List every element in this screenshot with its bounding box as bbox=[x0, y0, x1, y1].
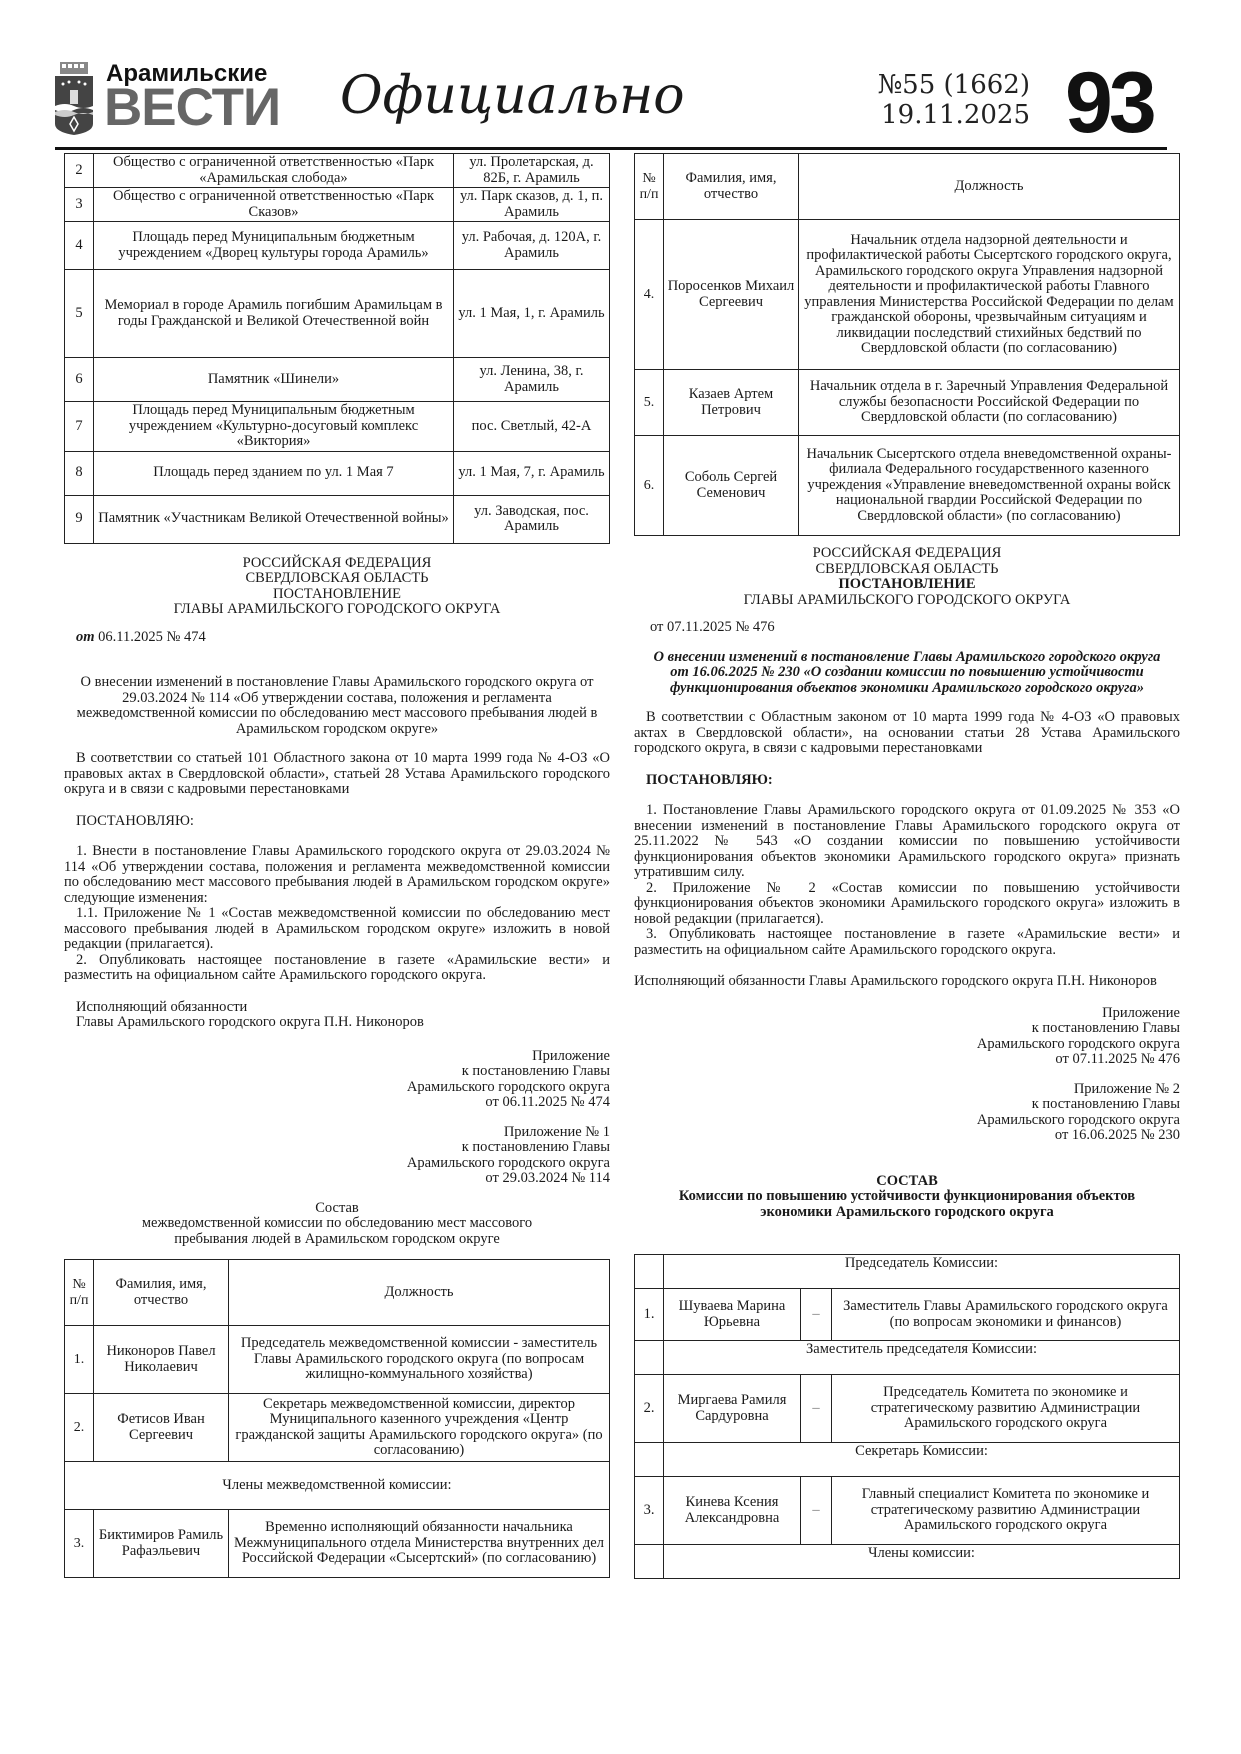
table-row: 3Общество с ограниченной ответственность… bbox=[65, 188, 610, 222]
heading-region: СВЕРДЛОВСКАЯ ОБЛАСТЬ bbox=[634, 562, 1180, 578]
row-number: 8 bbox=[65, 451, 94, 495]
table-row: Члены комиссии: bbox=[635, 1545, 1180, 1579]
brand-name-main: ВЕСТИ bbox=[104, 80, 280, 136]
person-position: Начальник отдела надзорной деятельности … bbox=[799, 220, 1180, 370]
decree-476-title: О внесении изменений в постановление Гла… bbox=[634, 650, 1180, 697]
masthead: Арамильские ВЕСТИ Официально №55 (1662) … bbox=[0, 0, 1241, 150]
appendix-line: к постановлению Главы bbox=[64, 1064, 610, 1080]
row-number: 2. bbox=[65, 1394, 94, 1462]
row-number: 3 bbox=[65, 188, 94, 222]
appendix-474-note: Приложениек постановлению ГлавыАрамильск… bbox=[64, 1049, 610, 1111]
table-row: 3.Биктимиров Рамиль РафаэльевичВременно … bbox=[65, 1510, 610, 1578]
appendix-line: от 06.11.2025 № 474 bbox=[64, 1095, 610, 1111]
row-number: 4 bbox=[65, 222, 94, 270]
composition-474-heading: Состав межведомственной комиссии по обсл… bbox=[64, 1201, 610, 1248]
row-number: 1. bbox=[65, 1326, 94, 1394]
dash-separator: – bbox=[801, 1477, 832, 1545]
row-number: 6. bbox=[635, 436, 664, 536]
table-row: Члены межведомственной комиссии: bbox=[65, 1462, 610, 1510]
person-name: Кинева Ксения Александровна bbox=[664, 1477, 801, 1545]
composition-table: Председатель Комиссии:1.Шуваева Марина Ю… bbox=[634, 1254, 1180, 1579]
decree-476-resolve: ПОСТАНОВЛЯЮ: bbox=[634, 773, 1180, 789]
person-position: Временно исполняющий обязанности начальн… bbox=[229, 1510, 610, 1578]
decree-476-item-1: 1. Постановление Главы Арамильского горо… bbox=[634, 803, 1180, 881]
person-position: Секретарь межведомственной комиссии, дир… bbox=[229, 1394, 610, 1462]
decree-474-title: О внесении изменений в постановление Гла… bbox=[64, 675, 610, 737]
person-name: Казаев Артем Петрович bbox=[664, 370, 799, 436]
person-position: Главный специалист Комитета по экономике… bbox=[832, 1477, 1180, 1545]
heading-doc-type: ПОСТАНОВЛЕНИЕ bbox=[64, 587, 610, 603]
role-label: Заместитель председателя Комиссии: bbox=[664, 1341, 1180, 1375]
person-position: Заместитель Главы Арамильского городског… bbox=[832, 1289, 1180, 1341]
table-row: 2.Миргаева Рамиля Сардуровна–Председател… bbox=[635, 1375, 1180, 1443]
header-number: № п/п bbox=[635, 154, 664, 220]
person-name: Фетисов Иван Сергеевич bbox=[94, 1394, 229, 1462]
decree-474-date: от 06.11.2025 № 474 bbox=[64, 630, 610, 646]
composition-476-heading: СОСТАВ Комиссии по повышению устойчивост… bbox=[634, 1174, 1180, 1221]
row-number: 2 bbox=[65, 154, 94, 188]
left-column: 2Общество с ограниченной ответственность… bbox=[64, 153, 610, 1578]
table-row: 4.Поросенков Михаил СергеевичНачальник о… bbox=[635, 220, 1180, 370]
composition-title: СОСТАВ bbox=[634, 1174, 1180, 1190]
person-position: Начальник отдела в г. Заречный Управлени… bbox=[799, 370, 1180, 436]
row-number-empty bbox=[635, 1443, 664, 1477]
place-name: Площадь перед Муниципальным бюджетным уч… bbox=[94, 402, 454, 452]
row-number: 2. bbox=[635, 1375, 664, 1443]
role-label: Секретарь Комиссии: bbox=[664, 1443, 1180, 1477]
person-name: Миргаева Рамиля Сардуровна bbox=[664, 1375, 801, 1443]
role-label: Председатель Комиссии: bbox=[664, 1255, 1180, 1289]
composition-title: Состав bbox=[64, 1201, 610, 1217]
right-column: № п/пФамилия, имя, отчествоДолжность4.По… bbox=[634, 153, 1180, 1579]
appendix-line: от 16.06.2025 № 230 bbox=[634, 1128, 1180, 1144]
place-address: пос. Светлый, 42-А bbox=[454, 402, 610, 452]
header-name: Фамилия, имя, отчество bbox=[94, 1260, 229, 1326]
place-address: ул. 1 Мая, 7, г. Арамиль bbox=[454, 451, 610, 495]
commission-table-continued: № п/пФамилия, имя, отчествоДолжность4.По… bbox=[634, 153, 1180, 536]
table-row: Председатель Комиссии: bbox=[635, 1255, 1180, 1289]
decree-476-item-3: 3. Опубликовать настоящее постановление … bbox=[634, 927, 1180, 958]
row-number: 3. bbox=[635, 1477, 664, 1545]
table-row: 9Памятник «Участникам Великой Отечествен… bbox=[65, 495, 610, 543]
members-label: Члены межведомственной комиссии: bbox=[65, 1462, 610, 1510]
row-number: 3. bbox=[65, 1510, 94, 1578]
decree-474-heading: РОССИЙСКАЯ ФЕДЕРАЦИЯ СВЕРДЛОВСКАЯ ОБЛАСТ… bbox=[64, 556, 610, 618]
table-row: 1.Никоноров Павел НиколаевичПредседатель… bbox=[65, 1326, 610, 1394]
heading-country: РОССИЙСКАЯ ФЕДЕРАЦИЯ bbox=[64, 556, 610, 572]
appendix-230-note: Приложение № 2к постановлению ГлавыАрами… bbox=[634, 1082, 1180, 1144]
heading-doc-type: ПОСТАНОВЛЕНИЕ bbox=[634, 577, 1180, 593]
person-name: Поросенков Михаил Сергеевич bbox=[664, 220, 799, 370]
dash-separator: – bbox=[801, 1375, 832, 1443]
person-position: Председатель Комитета по экономике и стр… bbox=[832, 1375, 1180, 1443]
table-row: № п/пФамилия, имя, отчествоДолжность bbox=[65, 1260, 610, 1326]
place-address: ул. Ленина, 38, г. Арамиль bbox=[454, 358, 610, 402]
appendix-line: от 29.03.2024 № 114 bbox=[64, 1171, 610, 1187]
appendix-line: Арамильского городского округа bbox=[64, 1156, 610, 1172]
place-address: ул. Рабочая, д. 120А, г. Арамиль bbox=[454, 222, 610, 270]
appendix-476-note: Приложениек постановлению ГлавыАрамильск… bbox=[634, 1006, 1180, 1068]
table-row: 2Общество с ограниченной ответственность… bbox=[65, 154, 610, 188]
role-label: Члены комиссии: bbox=[664, 1545, 1180, 1579]
header-position: Должность bbox=[229, 1260, 610, 1326]
appendix-line: Приложение bbox=[64, 1049, 610, 1065]
commission-table: № п/пФамилия, имя, отчествоДолжность1.Ни… bbox=[64, 1259, 610, 1578]
table-row: 6.Соболь Сергей СеменовичНачальник Сысер… bbox=[635, 436, 1180, 536]
appendix-line: к постановлению Главы bbox=[64, 1140, 610, 1156]
places-table: 2Общество с ограниченной ответственность… bbox=[64, 153, 610, 544]
row-number: 9 bbox=[65, 495, 94, 543]
issue-number: №55 (1662) bbox=[870, 70, 1030, 100]
table-row: Заместитель председателя Комиссии: bbox=[635, 1341, 1180, 1375]
person-name: Соболь Сергей Семенович bbox=[664, 436, 799, 536]
row-number-empty bbox=[635, 1341, 664, 1375]
appendix-line: Приложение № 2 bbox=[634, 1082, 1180, 1098]
header-position: Должность bbox=[799, 154, 1180, 220]
place-name: Памятник «Шинели» bbox=[94, 358, 454, 402]
appendix-line: Арамильского городского округа bbox=[634, 1037, 1180, 1053]
person-name: Шуваева Марина Юрьевна bbox=[664, 1289, 801, 1341]
table-row: 8Площадь перед зданием по ул. 1 Мая 7ул.… bbox=[65, 451, 610, 495]
header-name: Фамилия, имя, отчество bbox=[664, 154, 799, 220]
header-number: № п/п bbox=[65, 1260, 94, 1326]
decree-474-item-2: 2. Опубликовать настоящее постановление … bbox=[64, 953, 610, 984]
dash-separator: – bbox=[801, 1289, 832, 1341]
table-row: 7Площадь перед Муниципальным бюджетным у… bbox=[65, 402, 610, 452]
heading-authority: ГЛАВЫ АРАМИЛЬСКОГО ГОРОДСКОГО ОКРУГА bbox=[64, 602, 610, 618]
decree-474-item-1: 1. Внести в постановление Главы Арамильс… bbox=[64, 844, 610, 906]
decree-474-item-1-1: 1.1. Приложение № 1 «Состав межведомстве… bbox=[64, 906, 610, 953]
decree-476-signature: Исполняющий обязанности Главы Арамильско… bbox=[634, 974, 1180, 990]
row-number-empty bbox=[635, 1255, 664, 1289]
appendix-line: от 07.11.2025 № 476 bbox=[634, 1052, 1180, 1068]
place-address: ул. Заводская, пос. Арамиль bbox=[454, 495, 610, 543]
composition-subtitle: Комиссии по повышению устойчивости функц… bbox=[634, 1189, 1180, 1220]
decree-476-preamble: В соответствии с Областным законом от 10… bbox=[634, 710, 1180, 757]
row-number: 5 bbox=[65, 270, 94, 358]
appendix-line: Арамильского городского округа bbox=[64, 1080, 610, 1096]
appendix-line: Приложение № 1 bbox=[64, 1125, 610, 1141]
person-name: Биктимиров Рамиль Рафаэльевич bbox=[94, 1510, 229, 1578]
appendix-line: к постановлению Главы bbox=[634, 1097, 1180, 1113]
decree-476-date: от 07.11.2025 № 476 bbox=[634, 620, 1180, 636]
table-row: 1.Шуваева Марина Юрьевна–Заместитель Гла… bbox=[635, 1289, 1180, 1341]
place-name: Памятник «Участникам Великой Отечественн… bbox=[94, 495, 454, 543]
heading-region: СВЕРДЛОВСКАЯ ОБЛАСТЬ bbox=[64, 571, 610, 587]
decree-474-resolve: ПОСТАНОВЛЯЮ: bbox=[64, 814, 610, 830]
decree-476-heading: РОССИЙСКАЯ ФЕДЕРАЦИЯ СВЕРДЛОВСКАЯ ОБЛАСТ… bbox=[634, 546, 1180, 608]
table-row: Секретарь Комиссии: bbox=[635, 1443, 1180, 1477]
date-value: 06.11.2025 № 474 bbox=[98, 629, 206, 645]
decree-476-item-2: 2. Приложение № 2 «Состав комиссии по по… bbox=[634, 881, 1180, 928]
appendix-line: Арамильского городского округа bbox=[634, 1113, 1180, 1129]
appendix-line: Приложение bbox=[634, 1006, 1180, 1022]
row-number: 7 bbox=[65, 402, 94, 452]
date-prefix: от bbox=[76, 629, 95, 645]
appendix-line: к постановлению Главы bbox=[634, 1021, 1180, 1037]
table-row: 4Площадь перед Муниципальным бюджетным у… bbox=[65, 222, 610, 270]
decree-474-signature-1: Исполняющий обязанности bbox=[64, 1000, 610, 1016]
row-number-empty bbox=[635, 1545, 664, 1579]
place-address: ул. 1 Мая, 1, г. Арамиль bbox=[454, 270, 610, 358]
table-row: 2.Фетисов Иван СергеевичСекретарь межвед… bbox=[65, 1394, 610, 1462]
heading-authority: ГЛАВЫ АРАМИЛЬСКОГО ГОРОДСКОГО ОКРУГА bbox=[634, 593, 1180, 609]
place-name: Площадь перед Муниципальным бюджетным уч… bbox=[94, 222, 454, 270]
person-name: Никоноров Павел Николаевич bbox=[94, 1326, 229, 1394]
appendix-114-note: Приложение № 1к постановлению ГлавыАрами… bbox=[64, 1125, 610, 1187]
person-position: Начальник Сысертского отдела вневедомств… bbox=[799, 436, 1180, 536]
coat-of-arms-icon bbox=[55, 62, 93, 136]
row-number: 4. bbox=[635, 220, 664, 370]
table-row: 3.Кинева Ксения Александровна–Главный сп… bbox=[635, 1477, 1180, 1545]
place-name: Мемориал в городе Арамиль погибшим Арами… bbox=[94, 270, 454, 358]
decree-474-signature-2: Главы Арамильского городского округа П.Н… bbox=[64, 1015, 610, 1031]
row-number: 1. bbox=[635, 1289, 664, 1341]
heading-country: РОССИЙСКАЯ ФЕДЕРАЦИЯ bbox=[634, 546, 1180, 562]
place-address: ул. Пролетарская, д. 82Б, г. Арамиль bbox=[454, 154, 610, 188]
person-position: Председатель межведомственной комиссии -… bbox=[229, 1326, 610, 1394]
table-row: 5Мемориал в городе Арамиль погибшим Арам… bbox=[65, 270, 610, 358]
place-name: Площадь перед зданием по ул. 1 Мая 7 bbox=[94, 451, 454, 495]
section-title: Официально bbox=[340, 66, 685, 126]
table-row: 5.Казаев Артем ПетровичНачальник отдела … bbox=[635, 370, 1180, 436]
composition-subtitle: межведомственной комиссии по обследовани… bbox=[64, 1216, 610, 1247]
place-address: ул. Парк сказов, д. 1, п. Арамиль bbox=[454, 188, 610, 222]
header-divider bbox=[55, 147, 1167, 150]
table-row: № п/пФамилия, имя, отчествоДолжность bbox=[635, 154, 1180, 220]
page-number: 93 bbox=[1065, 58, 1153, 148]
issue-info: №55 (1662) 19.11.2025 bbox=[870, 70, 1030, 130]
row-number: 5. bbox=[635, 370, 664, 436]
place-name: Общество с ограниченной ответственностью… bbox=[94, 154, 454, 188]
place-name: Общество с ограниченной ответственностью… bbox=[94, 188, 454, 222]
decree-474-preamble: В соответствии со статьей 101 Областного… bbox=[64, 751, 610, 798]
row-number: 6 bbox=[65, 358, 94, 402]
table-row: 6Памятник «Шинели»ул. Ленина, 38, г. Ара… bbox=[65, 358, 610, 402]
issue-date: 19.11.2025 bbox=[870, 100, 1030, 130]
